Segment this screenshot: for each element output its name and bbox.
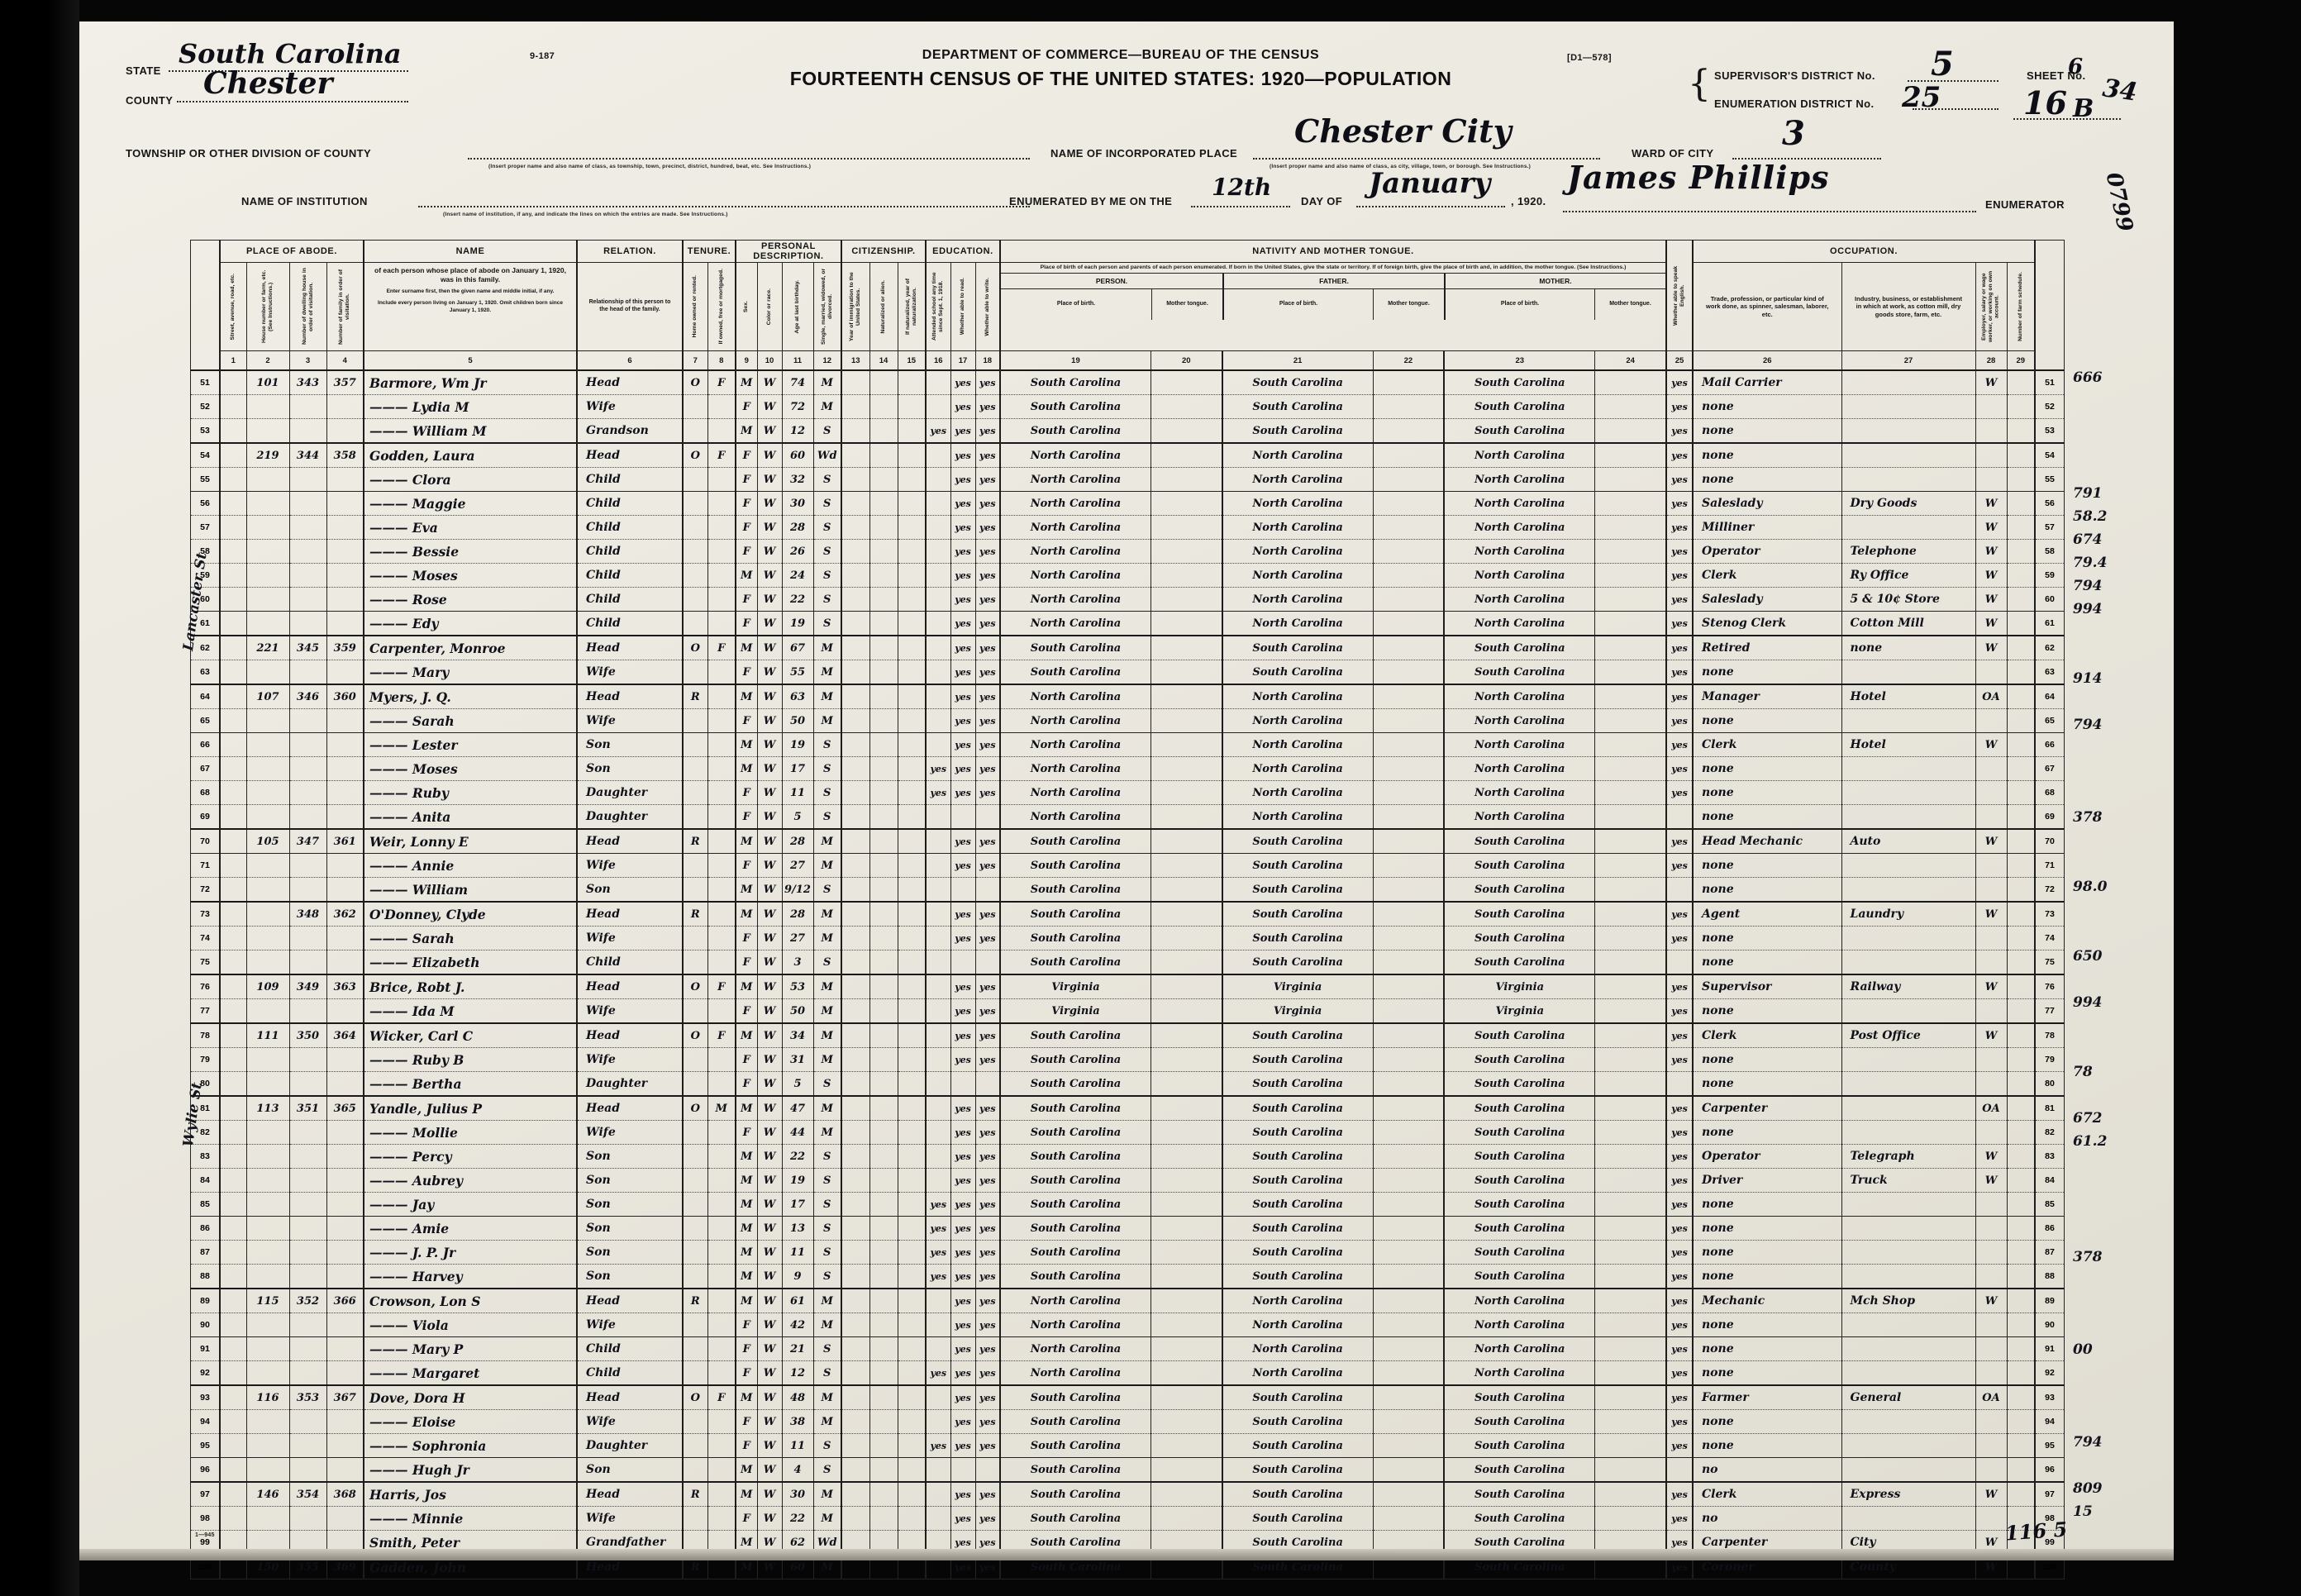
cell-line-number: 68: [191, 781, 221, 805]
cell-mortgage: [707, 805, 736, 830]
cell-naturalized: [869, 854, 898, 878]
cell-immigration-year: [841, 1289, 869, 1313]
cell-line-number: 89: [191, 1289, 221, 1313]
cell-family-number: 359: [326, 636, 364, 660]
cell-industry: [1841, 1313, 1975, 1337]
month-value: January: [1369, 167, 1490, 200]
census-row-76: 76109349363Brice, Robt J.HeadOFMW53Myesy…: [191, 974, 2065, 999]
cell-birthplace: South Carolina: [1000, 1023, 1150, 1048]
sheet-scribble: 34: [2101, 74, 2139, 107]
cell-naturalized: [869, 468, 898, 492]
cell-speaks-english: yes: [1666, 1361, 1693, 1386]
cell-immigration-year: [841, 1072, 869, 1097]
cell-able-to-read: [950, 1458, 975, 1483]
cell-birthplace: South Carolina: [1000, 1434, 1150, 1458]
cell-school-attendance: [926, 1531, 950, 1556]
cell-street: [220, 999, 246, 1024]
census-row-87: 87——— J. P. JrSonMW11SyesyesyesSouth Car…: [191, 1241, 2065, 1265]
cell-naturalized: [869, 588, 898, 612]
cell-line-number-right: 72: [2035, 878, 2065, 903]
census-row-78: 78111350364Wicker, Carl CHeadOFMW34Myesy…: [191, 1023, 2065, 1048]
column-number-15: 15: [898, 351, 926, 371]
cell-marital-status: S: [813, 878, 841, 903]
cell-naturalization-year: [898, 927, 926, 950]
plate-number: 1—945: [195, 1532, 215, 1538]
cell-occupation: none: [1693, 468, 1841, 492]
cell-marital-status: M: [813, 999, 841, 1024]
cell-speaks-english: yes: [1666, 854, 1693, 878]
cell-occupation: Clerk: [1693, 733, 1841, 757]
cell-school-attendance: [926, 878, 950, 903]
column-number-17: 17: [950, 351, 975, 371]
cell-race: W: [757, 829, 782, 854]
cell-family-number: [326, 757, 364, 781]
cell-family-number: [326, 395, 364, 419]
cell-industry: [1841, 1096, 1975, 1121]
group-relation: RELATION.: [577, 241, 683, 263]
cell-mother-tongue: [1595, 1169, 1666, 1193]
cell-mother-birthplace: South Carolina: [1444, 1265, 1594, 1289]
cell-industry: [1841, 805, 1975, 830]
cell-name: ——— Bessie: [364, 540, 577, 564]
cell-marital-status: S: [813, 1458, 841, 1483]
cell-tenure: O: [683, 443, 707, 468]
cell-able-to-write: yes: [975, 1313, 1000, 1337]
cell-dwelling-number: [289, 927, 326, 950]
cell-able-to-write: yes: [975, 1361, 1000, 1386]
cell-family-number: [326, 1507, 364, 1531]
cell-sex: F: [736, 588, 757, 612]
cell-immigration-year: [841, 443, 869, 468]
cell-marital-status: M: [813, 1289, 841, 1313]
cell-birthplace: North Carolina: [1000, 709, 1150, 733]
cell-mother-tongue: [1150, 1482, 1222, 1507]
cell-marital-status: S: [813, 1265, 841, 1289]
cell-line-number: 85: [191, 1193, 221, 1217]
cell-mother-birthplace: North Carolina: [1444, 564, 1594, 588]
cell-occupation: none: [1693, 1217, 1841, 1241]
cell-mother-birthplace: North Carolina: [1444, 805, 1594, 830]
cell-naturalized: [869, 636, 898, 660]
cell-naturalization-year: [898, 1048, 926, 1072]
column-number-1: 1: [220, 351, 246, 371]
county-label: COUNTY: [126, 94, 173, 107]
cell-able-to-write: yes: [975, 781, 1000, 805]
cell-line-number-right: 51: [2035, 370, 2065, 395]
cell-naturalization-year: [898, 1289, 926, 1313]
cell-able-to-read: yes: [950, 854, 975, 878]
cell-mother-birthplace: Virginia: [1444, 999, 1594, 1024]
cell-mother-tongue: [1595, 516, 1666, 540]
cell-race: W: [757, 1410, 782, 1434]
cell-line-number-right: 69: [2035, 805, 2065, 830]
cell-line-number-right: 79: [2035, 1048, 2065, 1072]
cell-street: [220, 1217, 246, 1241]
cell-school-attendance: [926, 588, 950, 612]
cell-occupation: none: [1693, 805, 1841, 830]
cell-street: [220, 516, 246, 540]
cell-father-birthplace: South Carolina: [1222, 878, 1373, 903]
cell-father-birthplace: North Carolina: [1222, 516, 1373, 540]
cell-mother-birthplace: North Carolina: [1444, 757, 1594, 781]
cell-tenure: [683, 927, 707, 950]
cell-occupation: none: [1693, 1121, 1841, 1145]
cell-occupation: none: [1693, 781, 1841, 805]
cell-immigration-year: [841, 370, 869, 395]
cell-employment-class: OA: [1975, 1385, 2007, 1410]
cell-race: W: [757, 612, 782, 636]
cell-farm-schedule: [2007, 564, 2035, 588]
cell-street: [220, 1434, 246, 1458]
cell-line-number: 78: [191, 1023, 221, 1048]
cell-line-number-right: 84: [2035, 1169, 2065, 1193]
cell-marital-status: S: [813, 468, 841, 492]
cell-immigration-year: [841, 878, 869, 903]
cell-relation: Head: [577, 636, 683, 660]
cell-mother-tongue: [1595, 927, 1666, 950]
cell-sex: F: [736, 1121, 757, 1145]
cell-naturalized: [869, 1410, 898, 1434]
group-tenure: TENURE.: [683, 241, 736, 263]
cell-relation: Daughter: [577, 1072, 683, 1097]
cell-family-number: [326, 1458, 364, 1483]
cell-street: [220, 1023, 246, 1048]
cell-birthplace: South Carolina: [1000, 1096, 1150, 1121]
cell-occupation: Clerk: [1693, 1023, 1841, 1048]
cell-speaks-english: yes: [1666, 1145, 1693, 1169]
sheet-letter: B: [2073, 94, 2094, 123]
cell-father-birthplace: North Carolina: [1222, 540, 1373, 564]
cell-street: [220, 927, 246, 950]
cell-line-number-right: 78: [2035, 1023, 2065, 1048]
cell-able-to-write: [975, 1072, 1000, 1097]
cell-able-to-read: yes: [950, 1169, 975, 1193]
cell-sex: F: [736, 999, 757, 1024]
cell-naturalized: [869, 540, 898, 564]
sub-header-row: Street, avenue, road, etc. House number …: [191, 263, 2065, 351]
cell-immigration-year: [841, 1145, 869, 1169]
cell-mother-tongue: [1595, 540, 1666, 564]
cell-employment-class: [1975, 1121, 2007, 1145]
cell-mortgage: F: [707, 1385, 736, 1410]
cell-occupation: Retired: [1693, 636, 1841, 660]
cell-mother-tongue: [1150, 612, 1222, 636]
cell-relation: Grandson: [577, 419, 683, 444]
cell-immigration-year: [841, 805, 869, 830]
census-row-96: 96——— Hugh JrSonMW4SSouth CarolinaSouth …: [191, 1458, 2065, 1483]
cell-mortgage: [707, 950, 736, 975]
cell-line-number-right: 62: [2035, 636, 2065, 660]
cell-marital-status: S: [813, 1145, 841, 1169]
column-number-4: 4: [326, 351, 364, 371]
cell-mother-tongue: [1150, 1265, 1222, 1289]
cell-name: ——— Harvey: [364, 1265, 577, 1289]
cell-able-to-write: yes: [975, 1023, 1000, 1048]
cell-employment-class: W: [1975, 902, 2007, 927]
cell-able-to-read: yes: [950, 1121, 975, 1145]
col-naturalization-year-header: If naturalized, year of naturalization.: [898, 263, 926, 351]
cell-mother-tongue: [1150, 660, 1222, 685]
cell-father-birthplace: South Carolina: [1222, 902, 1373, 927]
cell-family-number: 367: [326, 1385, 364, 1410]
cell-tenure: [683, 660, 707, 685]
cell-relation: Wife: [577, 1048, 683, 1072]
census-row-60: 60——— RoseChildFW22SyesyesNorth Carolina…: [191, 588, 2065, 612]
cell-speaks-english: yes: [1666, 1265, 1693, 1289]
cell-birthplace: North Carolina: [1000, 564, 1150, 588]
cell-line-number-right: 97: [2035, 1482, 2065, 1507]
cell-immigration-year: [841, 492, 869, 516]
cell-occupation: none: [1693, 1265, 1841, 1289]
cell-family-number: [326, 1337, 364, 1361]
cell-relation: Child: [577, 612, 683, 636]
cell-tenure: O: [683, 1023, 707, 1048]
cell-relation: Child: [577, 540, 683, 564]
column-number-16: 16: [926, 351, 950, 371]
cell-marital-status: M: [813, 927, 841, 950]
cell-race: W: [757, 1289, 782, 1313]
cell-mother-tongue: [1595, 1434, 1666, 1458]
cell-father-tongue: [1373, 805, 1444, 830]
cell-name: Yandle, Julius P: [364, 1096, 577, 1121]
cell-sex: M: [736, 1482, 757, 1507]
cell-industry: Dry Goods: [1841, 492, 1975, 516]
cell-family-number: [326, 516, 364, 540]
census-row-77: 77——— Ida MWifeFW50MyesyesVirginiaVirgin…: [191, 999, 2065, 1024]
cell-marital-status: S: [813, 1241, 841, 1265]
cell-age: 48: [782, 1385, 813, 1410]
cell-house-number: [246, 781, 289, 805]
cell-race: W: [757, 1145, 782, 1169]
cell-school-attendance: [926, 1313, 950, 1337]
ward-label: WARD OF CITY: [1632, 147, 1713, 160]
cell-tenure: [683, 733, 707, 757]
cell-mother-tongue: [1595, 1410, 1666, 1434]
cell-relation: Daughter: [577, 781, 683, 805]
cell-line-number-right: 65: [2035, 709, 2065, 733]
cell-mother-birthplace: North Carolina: [1444, 733, 1594, 757]
cell-mother-tongue: [1595, 419, 1666, 444]
cell-mortgage: [707, 516, 736, 540]
cell-name: ——— Ruby: [364, 781, 577, 805]
cell-marital-status: S: [813, 805, 841, 830]
cell-mother-tongue: [1595, 974, 1666, 999]
cell-mother-tongue: [1595, 1531, 1666, 1556]
cell-immigration-year: [841, 684, 869, 709]
census-row-93: 93116353367Dove, Dora HHeadOFMW48Myesyes…: [191, 1385, 2065, 1410]
cell-immigration-year: [841, 419, 869, 444]
supervisor-district-label: SUPERVISOR'S DISTRICT No.: [1714, 69, 1875, 82]
cell-race: W: [757, 1217, 782, 1241]
cell-age: 72: [782, 395, 813, 419]
nativity-person-header: PERSON.: [1001, 274, 1222, 290]
cell-able-to-write: yes: [975, 757, 1000, 781]
cell-age: 22: [782, 588, 813, 612]
cell-speaks-english: yes: [1666, 1289, 1693, 1313]
cell-father-birthplace: North Carolina: [1222, 612, 1373, 636]
cell-age: 11: [782, 1241, 813, 1265]
cell-able-to-read: yes: [950, 1507, 975, 1531]
cell-able-to-read: yes: [950, 588, 975, 612]
column-number-19: 19: [1000, 351, 1150, 371]
cell-relation: Wife: [577, 395, 683, 419]
cell-school-attendance: [926, 854, 950, 878]
cell-industry: General: [1841, 1385, 1975, 1410]
group-place-of-abode: PLACE OF ABODE.: [220, 241, 364, 263]
cell-sex: M: [736, 1145, 757, 1169]
cell-school-attendance: [926, 492, 950, 516]
cell-tenure: [683, 1313, 707, 1337]
cell-mortgage: [707, 1482, 736, 1507]
cell-farm-schedule: [2007, 829, 2035, 854]
cell-able-to-read: yes: [950, 1265, 975, 1289]
cell-line-number: 63: [191, 660, 221, 685]
column-number-7: 7: [683, 351, 707, 371]
cell-family-number: [326, 1048, 364, 1072]
cell-relation: Son: [577, 1145, 683, 1169]
cell-race: W: [757, 1337, 782, 1361]
cell-speaks-english: yes: [1666, 709, 1693, 733]
cell-employment-class: W: [1975, 540, 2007, 564]
cell-school-attendance: yes: [926, 1193, 950, 1217]
cell-able-to-read: yes: [950, 636, 975, 660]
cell-mother-tongue: [1150, 1337, 1222, 1361]
cell-marital-status: S: [813, 781, 841, 805]
cell-tenure: O: [683, 1385, 707, 1410]
cell-able-to-write: yes: [975, 468, 1000, 492]
cell-birthplace: North Carolina: [1000, 733, 1150, 757]
cell-naturalization-year: [898, 684, 926, 709]
cell-industry: [1841, 999, 1975, 1024]
cell-birthplace: North Carolina: [1000, 781, 1150, 805]
cell-able-to-read: yes: [950, 1096, 975, 1121]
cell-occupation: Stenog Clerk: [1693, 612, 1841, 636]
cell-birthplace: South Carolina: [1000, 660, 1150, 685]
cell-employment-class: [1975, 1313, 2007, 1337]
cell-naturalization-year: [898, 1410, 926, 1434]
cell-father-birthplace: North Carolina: [1222, 443, 1373, 468]
cell-birthplace: South Carolina: [1000, 1507, 1150, 1531]
cell-line-number: 52: [191, 395, 221, 419]
cell-immigration-year: [841, 1217, 869, 1241]
cell-house-number: 107: [246, 684, 289, 709]
cell-marital-status: Wd: [813, 443, 841, 468]
cell-street: [220, 1048, 246, 1072]
cell-immigration-year: [841, 1337, 869, 1361]
cell-mother-tongue: [1150, 684, 1222, 709]
cell-line-number-right: 56: [2035, 492, 2065, 516]
cell-line-number-right: 96: [2035, 1458, 2065, 1483]
cell-school-attendance: yes: [926, 1361, 950, 1386]
col-age-header: Age at last birthday.: [782, 263, 813, 351]
cell-mother-tongue: [1150, 1193, 1222, 1217]
cell-father-birthplace: South Carolina: [1222, 419, 1373, 444]
cell-dwelling-number: [289, 395, 326, 419]
cell-tenure: R: [683, 684, 707, 709]
cell-able-to-read: [950, 950, 975, 975]
cell-street: [220, 1193, 246, 1217]
cell-street: [220, 1507, 246, 1531]
cell-house-number: [246, 1193, 289, 1217]
cell-line-number-right: 95: [2035, 1434, 2065, 1458]
cell-farm-schedule: [2007, 443, 2035, 468]
cell-mortgage: [707, 1145, 736, 1169]
cell-line-number: 64: [191, 684, 221, 709]
cell-dwelling-number: [289, 1265, 326, 1289]
cell-relation: Child: [577, 1361, 683, 1386]
place-line: [1253, 157, 1600, 160]
cell-father-birthplace: South Carolina: [1222, 854, 1373, 878]
cell-family-number: 366: [326, 1289, 364, 1313]
cell-dwelling-number: 344: [289, 443, 326, 468]
cell-age: 19: [782, 1169, 813, 1193]
cell-mother-birthplace: South Carolina: [1444, 1121, 1594, 1145]
cell-immigration-year: [841, 1193, 869, 1217]
cell-farm-schedule: [2007, 395, 2035, 419]
cell-employment-class: [1975, 1072, 2007, 1097]
cell-house-number: [246, 1531, 289, 1556]
cell-line-number-right: 93: [2035, 1385, 2065, 1410]
cell-dwelling-number: [289, 1434, 326, 1458]
cell-naturalization-year: [898, 1458, 926, 1483]
cell-father-tongue: [1373, 1531, 1444, 1556]
cell-immigration-year: [841, 1169, 869, 1193]
census-row-83: 83——— PercySonMW22SyesyesSouth CarolinaS…: [191, 1145, 2065, 1169]
cell-marital-status: S: [813, 1193, 841, 1217]
cell-dwelling-number: [289, 709, 326, 733]
cell-marital-status: S: [813, 419, 841, 444]
cell-tenure: [683, 395, 707, 419]
cell-street: [220, 1169, 246, 1193]
cell-naturalized: [869, 612, 898, 636]
cell-street: [220, 1096, 246, 1121]
cell-naturalized: [869, 1265, 898, 1289]
cell-school-attendance: [926, 1169, 950, 1193]
cell-marital-status: S: [813, 564, 841, 588]
cell-relation: Head: [577, 1482, 683, 1507]
cell-line-number: 90: [191, 1313, 221, 1337]
cell-race: W: [757, 636, 782, 660]
cell-sex: F: [736, 443, 757, 468]
cell-age: 53: [782, 974, 813, 999]
cell-birthplace: South Carolina: [1000, 1410, 1150, 1434]
cell-naturalization-year: [898, 1555, 926, 1579]
cell-able-to-write: yes: [975, 829, 1000, 854]
year-label: , 1920.: [1511, 195, 1546, 207]
cell-age: 31: [782, 1048, 813, 1072]
cell-line-number: 75: [191, 950, 221, 975]
cell-tenure: R: [683, 1289, 707, 1313]
cell-relation: Grandfather: [577, 1531, 683, 1556]
cell-age: 28: [782, 829, 813, 854]
cell-line-number: 53: [191, 419, 221, 444]
cell-mother-birthplace: South Carolina: [1444, 1096, 1594, 1121]
cell-father-tongue: [1373, 1434, 1444, 1458]
cell-employment-class: [1975, 1193, 2007, 1217]
cell-speaks-english: yes: [1666, 370, 1693, 395]
cell-mother-tongue: [1150, 1217, 1222, 1241]
cell-street: [220, 468, 246, 492]
cell-school-attendance: yes: [926, 757, 950, 781]
cell-occupation: Manager: [1693, 684, 1841, 709]
cell-industry: [1841, 1410, 1975, 1434]
cell-immigration-year: [841, 540, 869, 564]
cell-race: W: [757, 370, 782, 395]
cell-race: W: [757, 1555, 782, 1579]
month-line: [1356, 205, 1505, 207]
cell-farm-schedule: [2007, 1482, 2035, 1507]
cell-father-tongue: [1373, 1482, 1444, 1507]
